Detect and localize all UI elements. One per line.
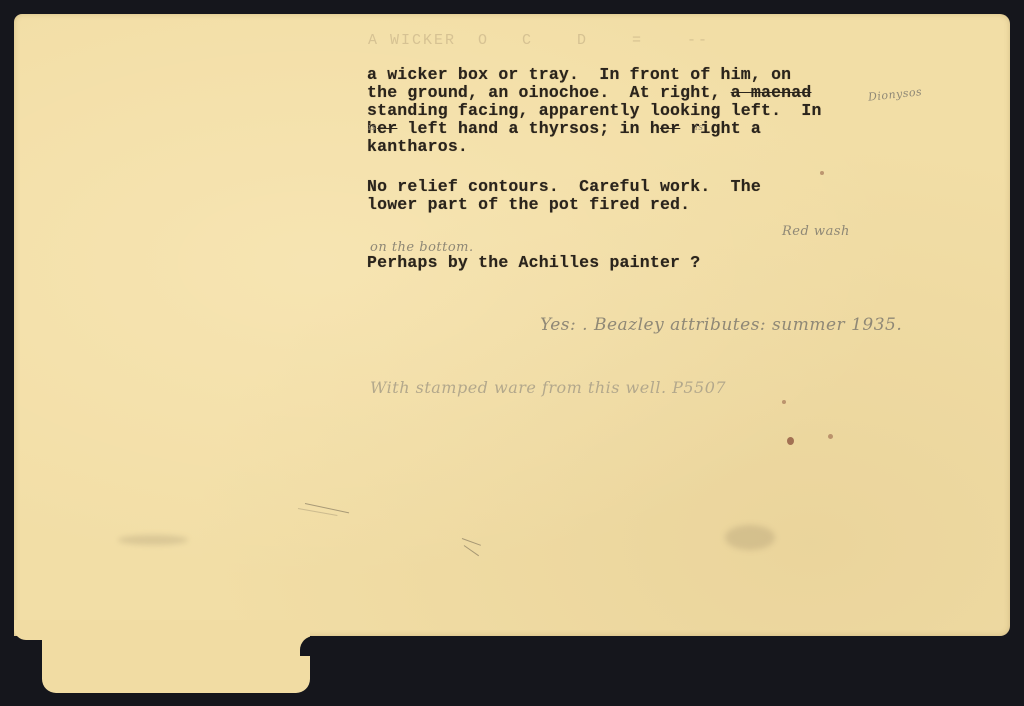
stain-spot [787, 437, 794, 445]
typed-line-6: No relief contours. Careful work. The [367, 178, 967, 196]
typed-line-4: her left hand a thyrsos; in her right a [367, 120, 967, 138]
typed-line-3: standing facing, apparently looking left… [367, 102, 967, 120]
stain-spot [820, 171, 824, 175]
pencil-red-wash: Red wash [782, 224, 850, 239]
stain-spot [782, 400, 786, 404]
pencil-on-the-bottom: on the bottom. [370, 240, 474, 255]
pencil-is-1: is [368, 123, 377, 133]
stain-spot [828, 434, 833, 439]
typed-line-attribution: Perhaps by the Achilles painter ? [367, 254, 967, 272]
typed-line-5: kantharos. [367, 138, 967, 156]
typed-line-1: a wicker box or tray. In front of him, o… [367, 66, 967, 84]
typed-line-7: lower part of the pot fired red. [367, 196, 967, 214]
smudge [725, 525, 775, 550]
card-tab-fillet [300, 636, 328, 656]
struck-word-maenad: a maenad [731, 83, 812, 102]
ghost-header-text: A WICKER O C D = -- [368, 32, 709, 49]
card-tab-notch [14, 620, 42, 640]
card-tab [42, 620, 310, 693]
pencil-stamped-ware-note: With stamped ware from this well. P5507 [370, 378, 726, 397]
pencil-is-2: is [695, 123, 704, 133]
smudge [118, 535, 188, 545]
pencil-beazley-note: Yes: . Beazley attributes: summer 1935. [540, 315, 902, 335]
